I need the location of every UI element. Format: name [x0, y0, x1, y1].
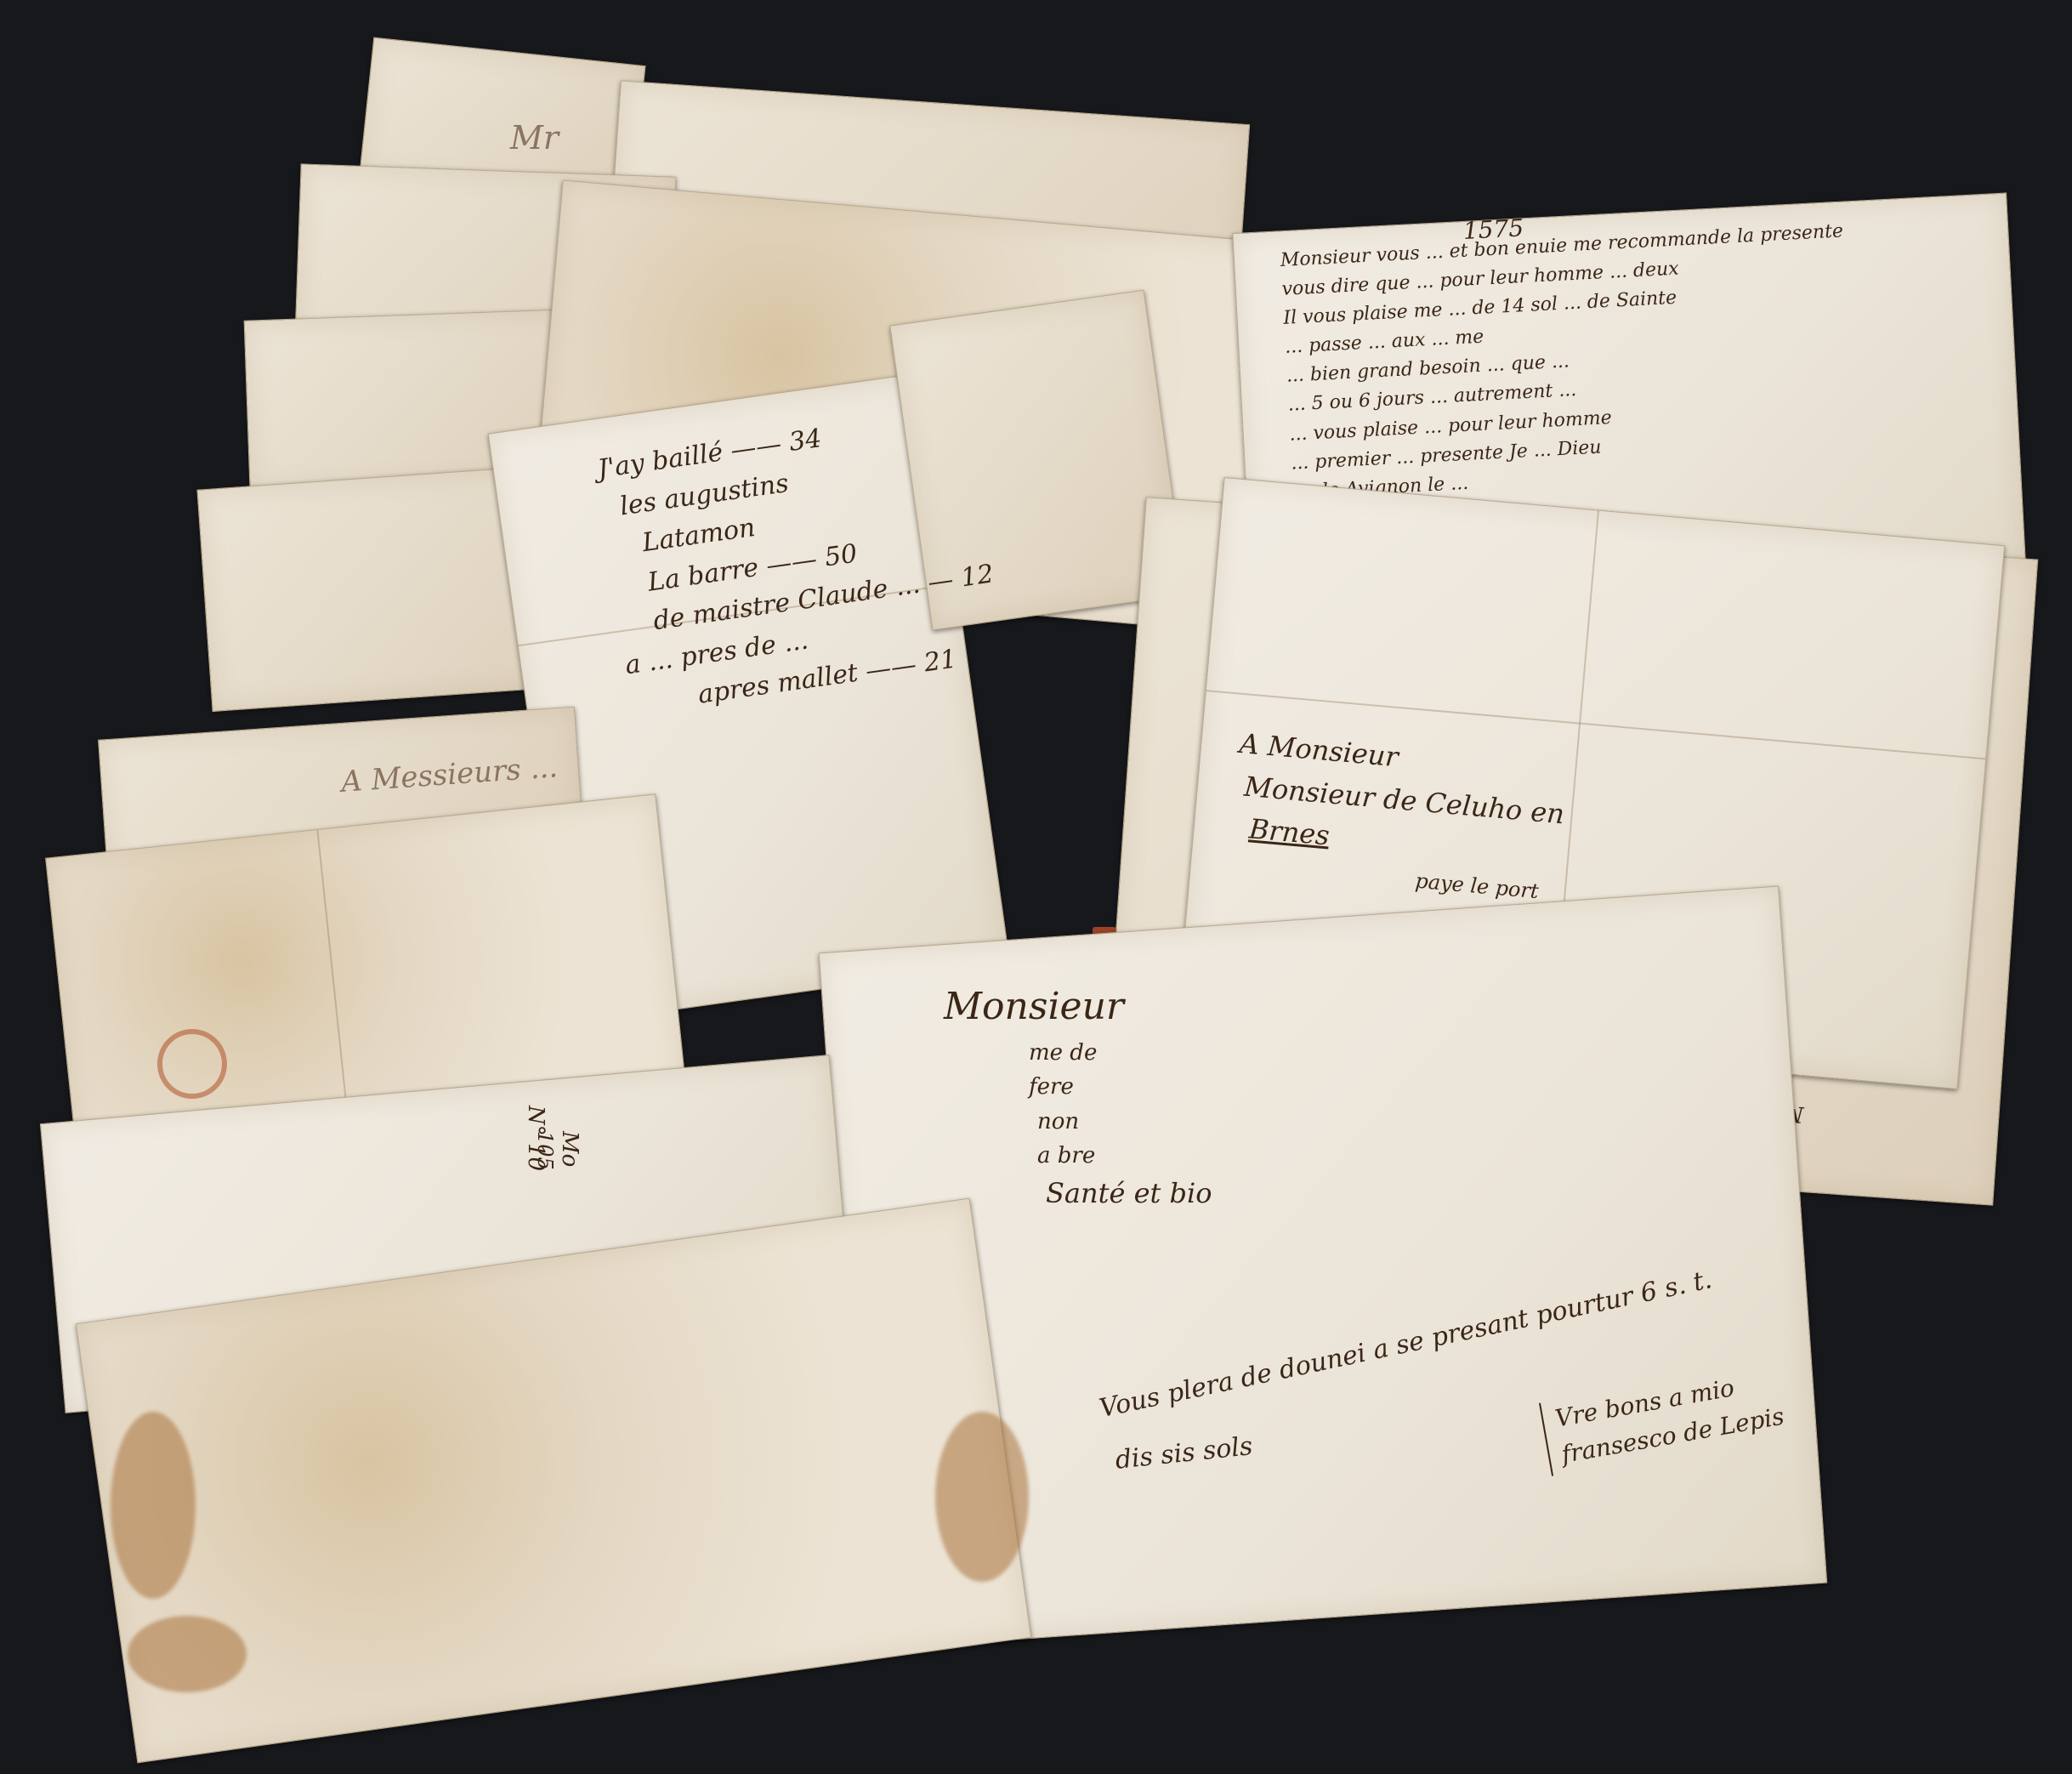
manuscript-pile: Mr 114 1575 Monsieur vous ... et bon enu… [0, 0, 2072, 1774]
fold-line [316, 830, 350, 1134]
monsieur-line: Santé et bio [944, 1173, 1212, 1215]
monsieur-line: a bre [944, 1139, 1212, 1173]
numbered-note-mo: Mo [557, 1131, 582, 1167]
numbered-note-105: 105 [533, 1131, 557, 1170]
monsieur-line: me de [944, 1036, 1212, 1070]
monsieur-line: fere [944, 1070, 1212, 1104]
water-stain [128, 1616, 247, 1692]
water-stain [111, 1412, 196, 1599]
list-note-entries: J'ay baillé —— 34 les augustins Latamon … [595, 398, 1008, 725]
wax-seal [157, 1029, 227, 1099]
top-note-mr: Mr [510, 119, 559, 156]
monsieur-line: Monsieur [944, 978, 1212, 1036]
dated-letter-body: Monsieur vous ... et bon enuie me recomm… [1280, 217, 1856, 507]
monsieur-line: non [944, 1105, 1212, 1139]
water-stain [935, 1412, 1029, 1582]
monsieur-letter: Monsieur me de fere non a bre Santé et b… [944, 978, 1212, 1215]
